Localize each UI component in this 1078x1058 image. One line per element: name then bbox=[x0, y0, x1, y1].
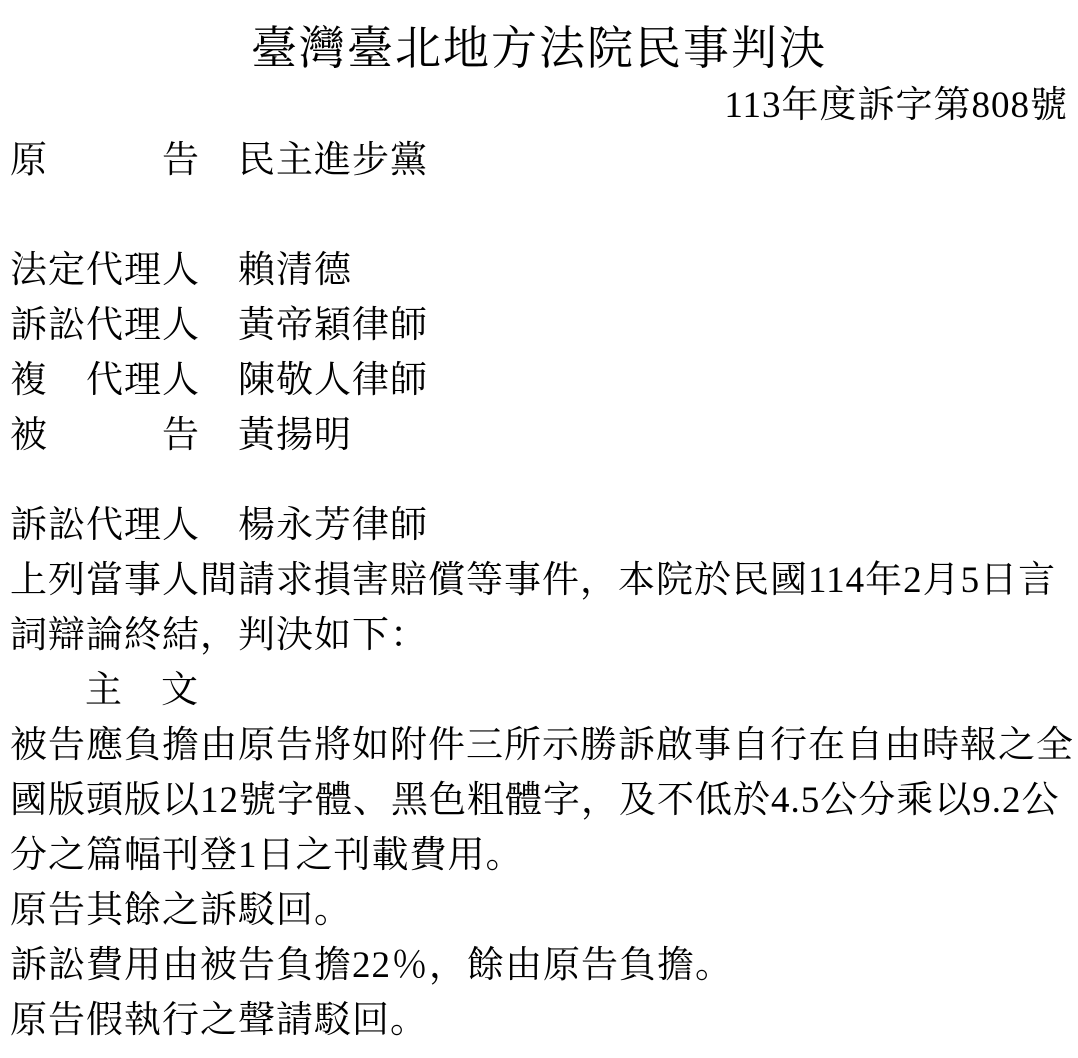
party-name: 賴清德 bbox=[200, 250, 352, 291]
party-label: 訴訟代理人 bbox=[10, 305, 200, 346]
preamble-line: 上列當事人間請求損害賠償等事件，本院於民國114年2月5日言 bbox=[0, 553, 1078, 608]
main-text-line: 分之篇幅刊登1日之刊載費用。 bbox=[0, 828, 1078, 883]
main-text-section-heading: 主 文 bbox=[0, 663, 1078, 718]
party-label: 訴訟代理人 bbox=[10, 505, 200, 546]
main-text-line: 原告其餘之訴駁回。 bbox=[0, 883, 1078, 938]
blank-line bbox=[0, 463, 1078, 498]
party-name: 黃帝穎律師 bbox=[200, 305, 428, 346]
document-title: 臺灣臺北地方法院民事判決 bbox=[0, 0, 1078, 78]
party-name: 民主進步黨 bbox=[200, 140, 428, 181]
judgment-document-page: 臺灣臺北地方法院民事判決 113年度訴字第808號 原 告民主進步黨 法定代理人… bbox=[0, 0, 1078, 1058]
blank-line bbox=[0, 188, 1078, 243]
party-row-defendant: 被 告黃揚明 bbox=[0, 408, 1078, 463]
main-text-line: 國版頭版以12號字體、黑色粗體字，及不低於4.5公分乘以9.2公 bbox=[0, 773, 1078, 828]
party-label: 原 告 bbox=[10, 140, 200, 181]
party-label: 被 告 bbox=[10, 415, 200, 456]
main-text-line: 原告假執行之聲請駁回。 bbox=[0, 993, 1078, 1048]
party-block: 原 告民主進步黨 法定代理人賴清德 訴訟代理人黃帝穎律師 複 代理人陳敬人律師 … bbox=[0, 133, 1078, 553]
party-name: 陳敬人律師 bbox=[200, 360, 428, 401]
preamble: 上列當事人間請求損害賠償等事件，本院於民國114年2月5日言 詞辯論終結，判決如… bbox=[0, 553, 1078, 663]
party-row-sub-attorney: 複 代理人陳敬人律師 bbox=[0, 353, 1078, 408]
party-row-defendant-attorney: 訴訟代理人楊永芳律師 bbox=[0, 498, 1078, 553]
party-label: 法定代理人 bbox=[10, 250, 200, 291]
party-name: 楊永芳律師 bbox=[200, 505, 428, 546]
main-text-line: 訴訟費用由被告負擔22％，餘由原告負擔。 bbox=[0, 938, 1078, 993]
party-row-plaintiff: 原 告民主進步黨 bbox=[0, 133, 1078, 188]
preamble-line: 詞辯論終結，判決如下： bbox=[0, 608, 1078, 663]
main-text: 被告應負擔由原告將如附件三所示勝訴啟事自行在自由時報之全 國版頭版以12號字體、… bbox=[0, 718, 1078, 1048]
party-row-legal-representative: 法定代理人賴清德 bbox=[0, 243, 1078, 298]
party-row-plaintiff-attorney: 訴訟代理人黃帝穎律師 bbox=[0, 298, 1078, 353]
party-name: 黃揚明 bbox=[200, 415, 352, 456]
case-number: 113年度訴字第808號 bbox=[0, 78, 1078, 133]
main-text-line: 被告應負擔由原告將如附件三所示勝訴啟事自行在自由時報之全 bbox=[0, 718, 1078, 773]
party-label: 複 代理人 bbox=[10, 360, 200, 401]
